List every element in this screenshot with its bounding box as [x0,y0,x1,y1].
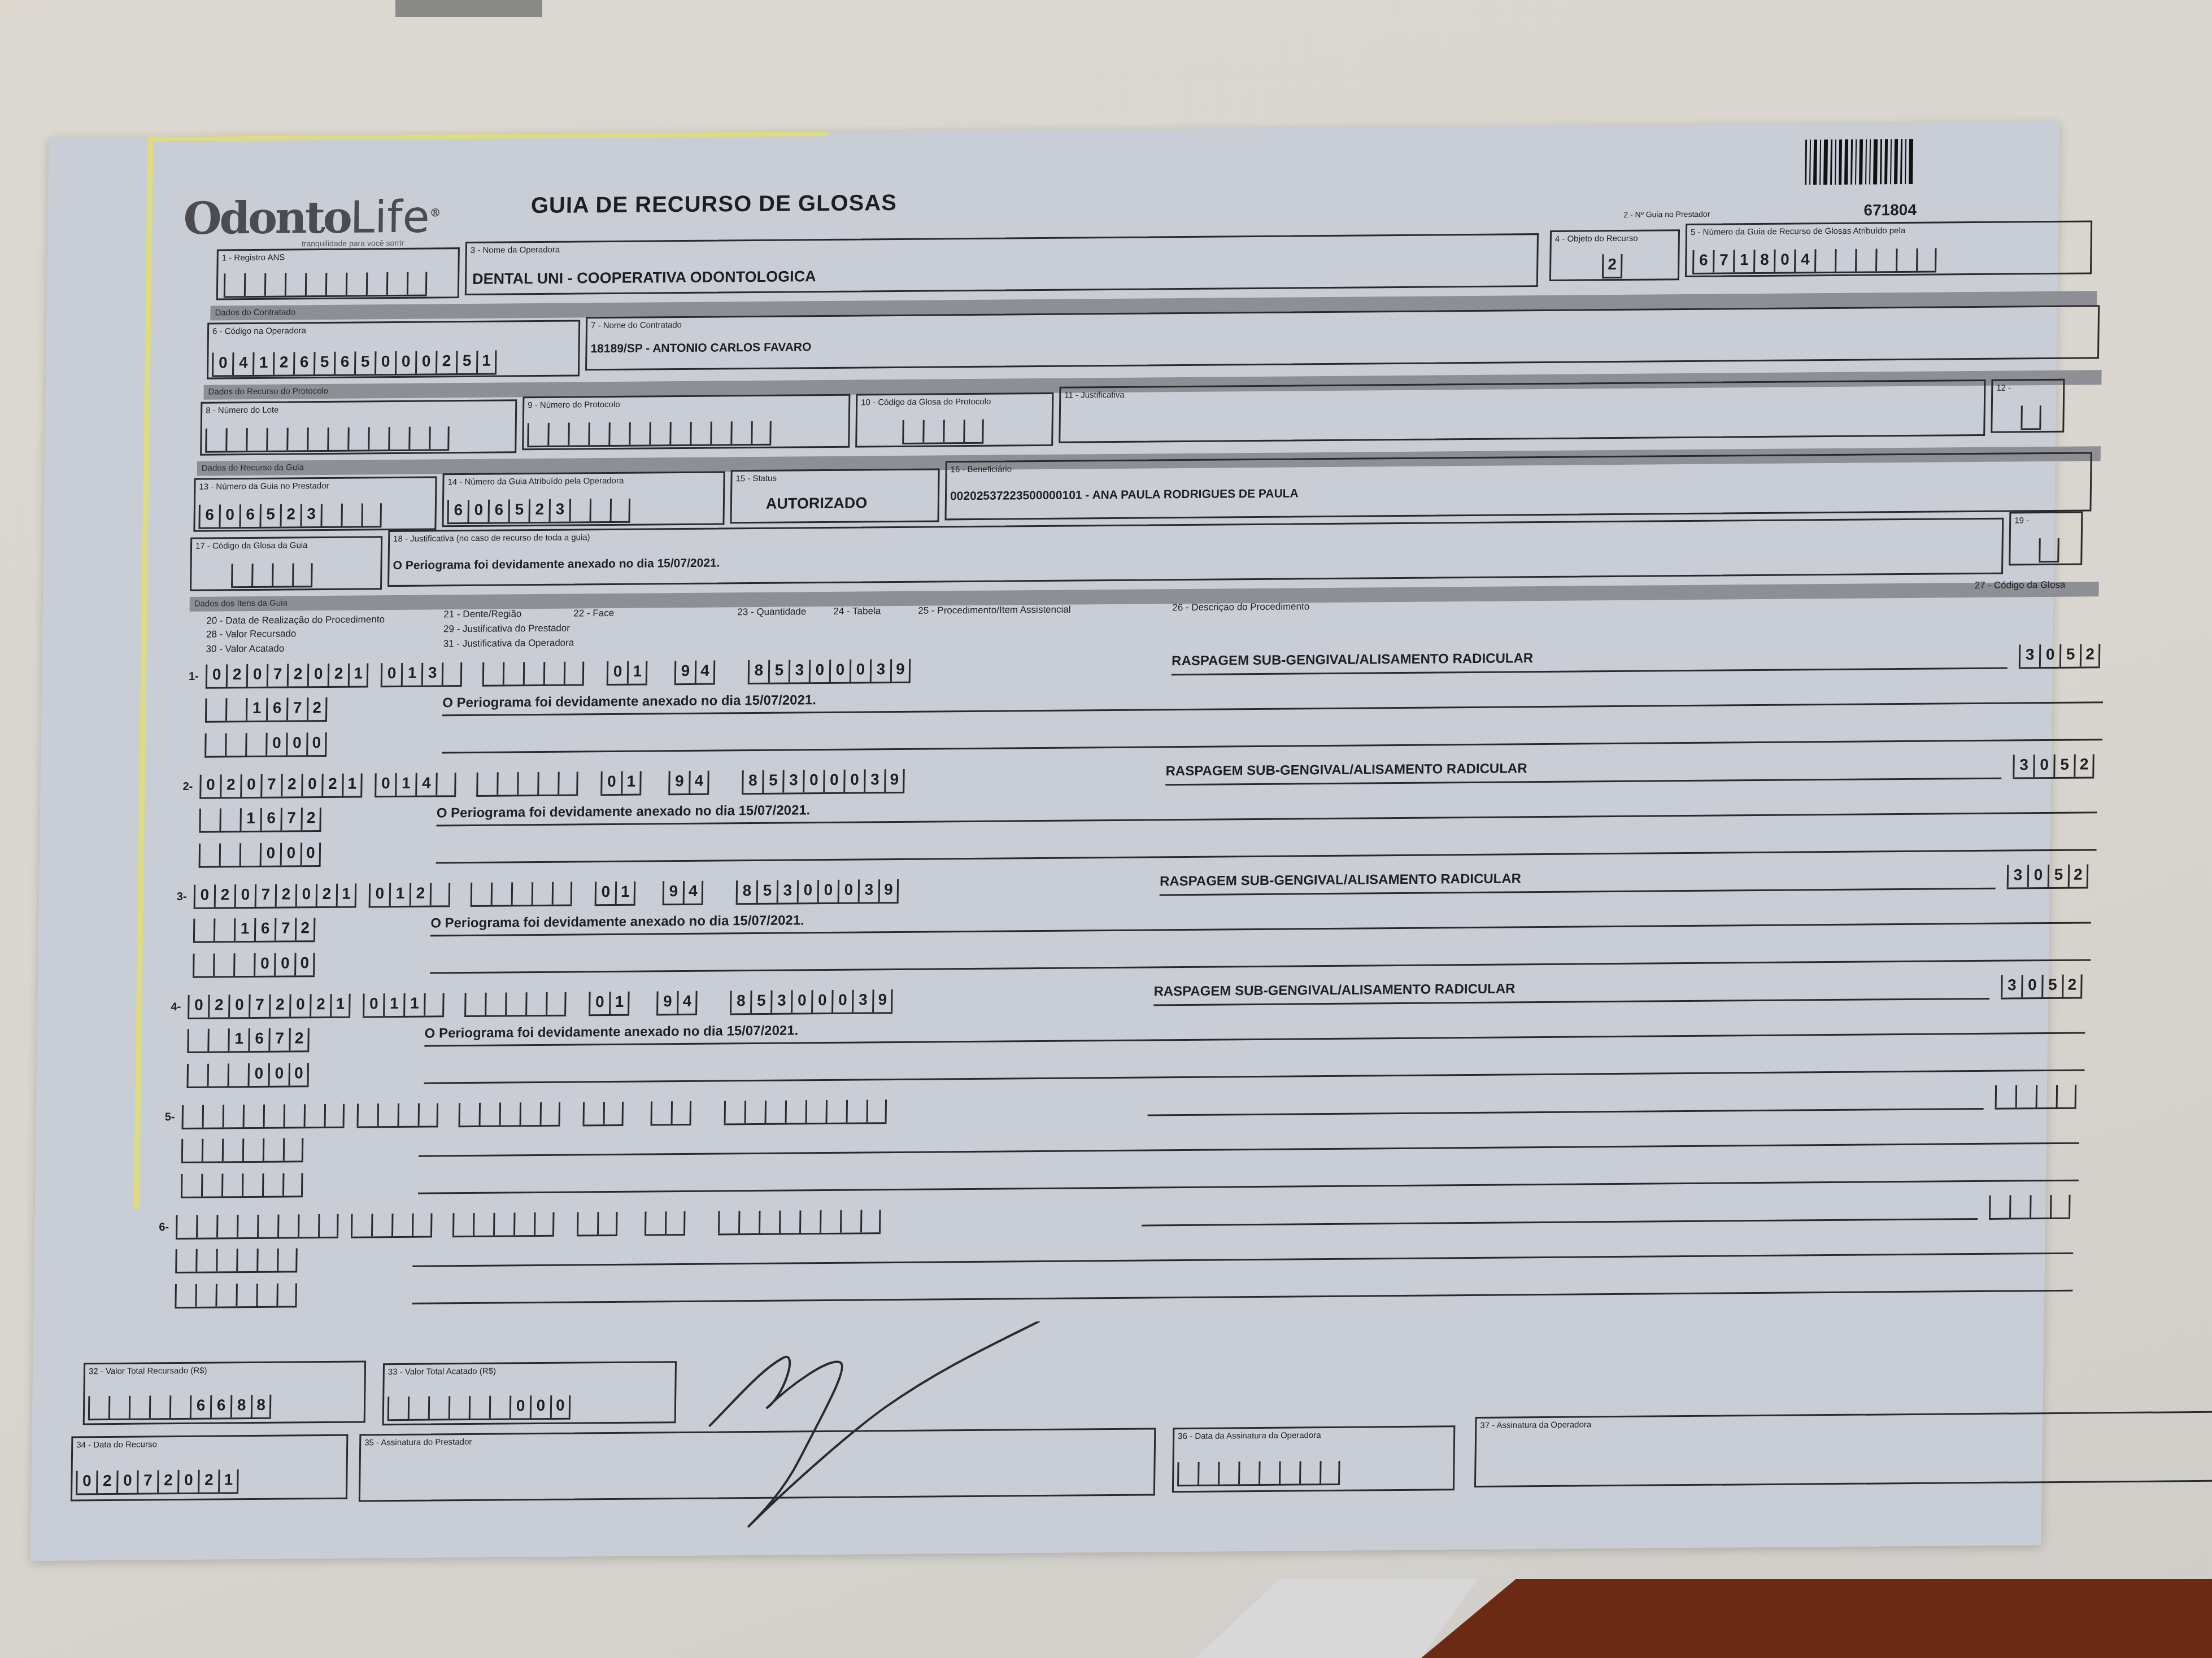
glosa-code-cells[interactable]: 3052 [2013,754,2095,779]
digit-cell [1835,249,1856,272]
digit-cell [649,422,670,444]
digit-cell [785,1100,806,1123]
digit-cell: 9 [890,659,911,682]
digit-cell: 5 [768,660,789,683]
digit-cell: 3 [852,989,873,1012]
digit-cell: 2 [214,884,235,907]
digit-cell: 6 [334,352,355,374]
digit-cell [231,564,252,586]
digit-cell: 6 [293,352,314,374]
digit-cell: 0 [811,990,832,1013]
digit-cell: 2 [301,808,321,830]
digit-cell [1814,249,1835,272]
digit-cell: 3 [549,499,570,522]
digit-cell [866,1099,887,1122]
background-object [395,0,542,17]
digit-cell: 0 [369,883,390,906]
field-value: 18189/SP - ANTONIO CARLOS FAVARO [590,341,811,356]
item-number: 5- [165,1111,175,1124]
digit-cell [471,883,491,905]
digit-cell [263,1138,284,1161]
digit-cell: 0 [228,994,249,1017]
valor-recursado-cells[interactable]: 1672 [199,808,321,833]
procedure-description: RASPAGEM SUB-GENGIVAL/ALISAMENTO RADICUL… [1153,981,1515,1000]
digit-cell: 0 [219,504,240,527]
guia-prestador-value: 671804 [1863,201,1917,220]
digit-cell [1177,1462,1198,1485]
field-data-recurso[interactable]: 34 - Data do Recurso 02072021 [71,1434,348,1502]
digit-cell: 7 [1713,250,1734,272]
signature-mark [697,1321,1095,1550]
digit-cell: 1 [246,698,267,721]
digit-cell: 2 [2074,754,2095,776]
digit-cell [245,733,266,756]
valor-acatado-cells[interactable]: 000 [204,732,327,758]
digit-cell [368,427,389,450]
digit-cell [256,1284,277,1306]
digit-cell [820,1210,841,1233]
digit-cell [346,272,367,295]
digit-cell [2030,1195,2050,1218]
digit-cell [175,1284,195,1307]
valor-recursado-cells[interactable]: 1672 [205,697,328,723]
digit-cell [387,1397,408,1419]
digit-cell [347,427,368,450]
procedure-cells[interactable]: 85300039 [742,769,905,795]
field-label: 15 - Status [735,474,777,484]
digit-cell [242,1138,263,1161]
digit-cell [430,883,451,905]
column-header: 28 - Valor Recursado [206,628,297,640]
digit-cell [846,1099,867,1122]
date-cells[interactable]: 02072021 [188,994,351,1019]
digit-cell [408,427,429,450]
item-number: 2- [182,780,193,793]
digit-cell: 2 [307,697,328,720]
digit-cell [540,1102,561,1125]
digit-cell: 4 [689,771,709,793]
digit-cell [2039,538,2059,561]
digit-cell [366,272,387,295]
digit-cell [193,954,214,976]
valor-recursado-cells[interactable]: 1672 [187,1028,310,1053]
field-label: 7 - Nome do Contratado [591,320,682,330]
digit-cell: 2 [280,504,301,526]
digit-cell [213,953,234,976]
digit-cell: 2 [436,351,456,373]
digit-cell [204,733,225,756]
digit-cell: 0 [289,994,310,1016]
field-beneficiario[interactable]: 16 - Beneficiário 00202537223500000101 -… [944,452,2092,520]
tooth-cells[interactable]: 014 [375,773,456,797]
item-row: 4- 02072021 011 01 94 85300039 RASPAGEM … [169,980,2092,1108]
digit-cell: 2 [295,918,316,940]
field-data-assinatura-operadora[interactable]: 36 - Data da Assinatura da Operadora [1172,1425,1455,1493]
digit-cell: 0 [510,1395,530,1418]
face-cells[interactable] [476,771,578,796]
face-cells[interactable] [471,882,573,907]
table-cells[interactable]: 94 [674,661,716,686]
digit-cell [371,1214,392,1236]
procedure-cells[interactable]: 85300039 [748,659,911,684]
face-cells[interactable] [464,992,567,1017]
digit-cell [840,1210,861,1233]
digit-cell [407,272,428,295]
digit-cell: 0 [301,774,322,796]
digit-cell: 0 [817,880,838,902]
table-cells[interactable] [645,1211,686,1236]
digit-cell: 0 [595,882,616,904]
digit-cell: 0 [2033,754,2054,777]
field-label: 5 - Número da Guia de Recurso de Glosas … [1691,226,1905,237]
digit-cells: 6688 [88,1395,272,1421]
date-cells[interactable] [182,1104,345,1129]
glosa-code-cells[interactable] [1989,1195,2071,1220]
glosa-code-cells[interactable]: 3052 [2019,644,2101,669]
digit-cell [1320,1461,1340,1484]
digit-cell [525,992,546,1015]
digit-cell: 0 [375,773,395,796]
item-row: 2- 02072021 014 01 94 85300039 RASPAGEM … [181,760,2104,888]
justificativa-prestador: O Periograma foi devidamente anexado no … [425,1023,799,1041]
digit-cell: 0 [116,1471,137,1493]
valor-acatado-cells[interactable] [181,1173,303,1198]
digit-cell [1279,1461,1300,1484]
digit-cell [256,1249,277,1271]
field-numero-lote[interactable]: 8 - Número do Lote [200,399,517,455]
digit-cell [513,1212,534,1235]
digit-cell: 0 [550,1395,571,1418]
digit-cell: 0 [254,953,275,976]
digit-cell: 8 [736,880,757,903]
field-label: 6 - Código na Operadora [212,326,306,336]
digit-cell: 3 [789,660,809,682]
digit-cell: 3 [300,504,321,526]
digit-cell: 1 [336,884,357,906]
field-label: 18 - Justificativa (no caso de recurso d… [393,533,590,544]
date-cells[interactable]: 02072021 [199,773,363,799]
digit-cell: 2 [96,1471,117,1493]
digit-cell: 1 [240,808,260,831]
digit-cell [537,772,558,795]
field-label: 8 - Número do Lote [206,405,278,416]
digit-cell [724,1101,745,1123]
field-label: 10 - Código da Glosa do Protocolo [861,397,991,408]
valor-acatado-cells[interactable] [175,1283,297,1308]
digit-cell: 0 [188,995,208,1018]
digit-cell: 1 [252,352,273,375]
table-cells[interactable]: 94 [656,991,698,1016]
procedure-description: RASPAGEM SUB-GENGIVAL/ALISAMENTO RADICUL… [1160,871,1521,889]
field-nome-contratado[interactable]: 7 - Nome do Contratado 18189/SP - ANTONI… [585,305,2100,370]
table-cells[interactable]: 94 [668,771,709,796]
justificativa-prestador: O Periograma foi devidamente anexado no … [430,913,804,931]
tooth-cells[interactable] [351,1214,433,1238]
quantity-cells[interactable]: 01 [607,661,648,686]
field-label: 12 - [1996,383,2011,393]
digit-cell: 2 [269,994,290,1017]
column-header: 24 - Tabela [833,605,881,617]
digit-cell: 5 [354,351,375,374]
digit-cell [196,1215,217,1238]
digit-cell [88,1396,109,1419]
digit-cell [240,843,260,866]
field-numero-protocolo[interactable]: 9 - Número do Protocolo [522,394,850,451]
digit-cell [283,1138,304,1160]
tooth-cells[interactable]: 011 [363,993,445,1018]
column-header: 23 - Quantidade [737,606,806,618]
digit-cells: 02072021 [76,1469,239,1495]
digit-cell: 0 [76,1471,97,1493]
glosa-code-cells[interactable]: 3052 [2001,975,2083,1000]
field-label: 14 - Número da Guia Atribuído pela Opera… [447,476,624,487]
digit-cell [759,1211,780,1233]
digit-cell: 3 [2019,644,2040,667]
face-cells[interactable] [482,661,585,686]
digit-cell: 1 [234,918,255,941]
digit-cell [304,1104,325,1127]
digit-cell: 1 [218,1469,239,1492]
digit-cell [2021,405,2041,428]
quantity-cells[interactable]: 01 [595,882,636,906]
field-label: 34 - Data do Recurso [76,1439,157,1450]
guia-prestador-label: 2 - Nº Guia no Prestador [1623,210,1710,219]
digit-cell: 2 [281,774,302,796]
field-numero-guia-recurso[interactable]: 5 - Número da Guia de Recurso de Glosas … [1685,220,2092,277]
digit-cell: 2 [273,352,294,374]
digit-cell: 7 [275,918,295,940]
field-justificativa-protocolo[interactable]: 11 - Justificativa [1059,379,1985,443]
field-label: 1 - Registro ANS [222,253,285,263]
digit-cell: 0 [206,664,227,687]
field-valor-total-recursado[interactable]: 32 - Valor Total Recursado (R$) 6688 [83,1360,366,1425]
digit-cell [765,1101,786,1123]
digit-cell: 0 [234,884,255,907]
field-label: 17 - Código da Glosa da Guia [195,540,308,551]
item-row: 3- 02072021 012 01 94 85300039 RASPAGEM … [176,870,2098,998]
digit-cell [408,1397,429,1419]
digit-cell: 7 [280,808,301,830]
field-assinatura-operadora[interactable]: 37 - Assinatura da Operadora [1474,1411,2212,1487]
procedure-cells[interactable]: 85300039 [736,879,899,905]
procedure-cells[interactable] [724,1099,887,1125]
digit-cell: 2 [2080,644,2101,666]
digit-cell [398,1103,419,1126]
digit-cell [744,1101,765,1123]
field-nome-operadora[interactable]: 3 - Nome da Operadora DENTAL UNI - COOPE… [465,233,1539,295]
digit-cell [285,273,306,295]
digit-cell: 8 [1753,250,1774,272]
field-numero-guia-prestador[interactable]: 13 - Número da Guia no Prestador 606523 [193,476,437,531]
procedure-description: RASPAGEM SUB-GENGIVAL/ALISAMENTO RADICUL… [1172,651,1533,669]
digit-cell: 0 [286,732,307,755]
glosa-code-cells[interactable]: 3052 [2007,864,2089,889]
digit-cell [497,772,517,795]
field-status[interactable]: 15 - Status AUTORIZADO [730,468,939,523]
digit-cell: 1 [476,351,497,373]
quantity-cells[interactable] [577,1212,618,1237]
procedure-cells[interactable]: 85300039 [730,989,893,1015]
digit-cell [532,882,552,905]
field-codigo-glosa-guia[interactable]: 17 - Código da Glosa da Guia [190,536,382,591]
digit-cell: 0 [823,770,844,792]
digit-cell: 4 [695,661,716,683]
paper-edge-highlight-top [150,132,828,141]
digit-cell [207,1028,228,1051]
justificativa-prestador: O Periograma foi devidamente anexado no … [437,802,811,821]
digit-cell [436,773,456,795]
column-header: 26 - Descriçao do Procedimento [1172,601,1309,613]
field-registro-ans[interactable]: 1 - Registro ANS [216,247,460,300]
valor-acatado-cells[interactable]: 000 [199,843,321,868]
tooth-cells[interactable] [357,1103,439,1128]
digit-cell: 0 [265,733,286,756]
digit-cell: 0 [381,663,402,686]
digit-cell: 2 [220,774,241,797]
field-codigo-glosa-protocolo[interactable]: 10 - Código da Glosa do Protocolo [855,392,1053,448]
digit-cell [202,1105,223,1127]
field-objeto-recurso[interactable]: 4 - Objeto do Recurso 2 [1549,229,1680,281]
item-row: 1- 02072021 013 01 94 85300039 RASPAGEM … [188,649,2110,778]
field-valor-total-acatado[interactable]: 33 - Valor Total Acatado (R$) 000 [382,1361,677,1425]
valor-acatado-cells[interactable]: 000 [186,1063,309,1088]
date-cells[interactable]: 02072021 [206,663,369,688]
digit-cell: 9 [656,991,677,1014]
quantity-cells[interactable]: 01 [600,771,642,796]
digit-cell: 1 [1733,250,1754,272]
digit-cell [511,882,532,905]
tooth-cells[interactable]: 012 [369,883,451,907]
digit-cell: 2 [2062,975,2083,997]
date-cells[interactable] [176,1214,339,1240]
field-campo-12[interactable]: 12 - [1991,379,2065,433]
digit-cell [272,563,293,586]
table-cells[interactable]: 94 [663,881,704,906]
digit-cell [418,1103,439,1125]
digit-cell: 9 [878,879,899,902]
digit-cell: 1 [330,994,351,1016]
digit-cell: 0 [530,1395,551,1418]
quantity-cells[interactable]: 01 [589,992,630,1016]
field-label: 33 - Valor Total Acatado (R$) [388,1367,496,1377]
digit-cell [491,882,512,905]
table-cells[interactable] [651,1101,692,1126]
digit-cell [922,420,943,442]
digit-cell [327,427,348,450]
procedure-cells[interactable] [718,1210,881,1235]
digit-cell [902,420,923,443]
quantity-cells[interactable] [583,1102,624,1127]
digit-cells: 2 [1602,254,1623,278]
field-label: 4 - Objeto do Recurso [1555,234,1638,244]
valor-recursado-cells[interactable] [181,1138,304,1163]
tooth-cells[interactable]: 013 [381,662,463,687]
digit-cell [534,1212,555,1235]
column-header: 22 - Face [573,608,614,619]
digit-cell [341,503,362,526]
item-number: 6- [159,1221,169,1234]
date-cells[interactable]: 02072021 [194,884,357,909]
digit-cell [205,428,226,451]
digit-cells: 000 [387,1395,571,1421]
field-codigo-operadora[interactable]: 6 - Código na Operadora 04126565000251 [207,320,580,379]
digit-cell: 2 [198,1470,219,1493]
field-numero-guia-operadora[interactable]: 14 - Número da Guia Atribuído pela Opera… [442,471,725,527]
column-header: 31 - Justificativa da Operadora [443,638,574,650]
digit-cell: 5 [756,880,777,903]
field-justificativa-guia[interactable]: 18 - Justificativa (no caso de recurso d… [387,518,2004,587]
digit-cell [1896,248,1917,271]
field-value: O Periograma foi devidamente anexado no … [393,557,720,573]
digit-cell: 0 [363,993,384,1016]
digit-cell [710,421,731,444]
digit-cell [779,1210,800,1233]
digit-cell [476,773,497,795]
digit-cell [546,992,567,1015]
digit-cell: 3 [421,662,442,685]
digit-cell: 1 [389,883,410,906]
digit-cell [517,772,538,795]
digit-cell [583,1102,604,1124]
valor-recursado-cells[interactable] [175,1248,298,1273]
valor-acatado-cells[interactable]: 000 [193,953,315,978]
digit-cell [503,662,524,684]
digit-cell [233,953,254,976]
field-label: 9 - Número do Protocolo [528,400,620,410]
field-campo-19[interactable]: 19 - [2009,512,2083,566]
face-cells[interactable] [452,1212,555,1237]
digit-cell [577,1212,598,1234]
digit-cell [176,1215,197,1238]
digit-cell [225,733,246,756]
digit-cells: 606523 [198,503,382,529]
digit-cell [1238,1461,1259,1484]
digit-cell: 0 [306,732,327,755]
digit-cell: 7 [268,1028,289,1051]
digit-cell [2009,1195,2030,1218]
digit-cell: 1 [342,773,363,796]
glosa-code-cells[interactable] [1995,1085,2077,1110]
digit-cell [1875,248,1896,271]
digit-cell [277,1214,298,1237]
digit-cell [590,499,611,521]
digit-cell [669,422,690,444]
digit-cell: 0 [797,880,818,902]
digit-cell [424,993,445,1015]
digit-cell: 2 [275,884,296,906]
digit-cell: 7 [255,884,276,907]
digit-cell [568,422,589,445]
digit-cell [428,1396,449,1419]
digit-cell: 6 [488,499,509,522]
digit-cell: 7 [137,1470,158,1493]
face-cells[interactable] [459,1102,561,1127]
digit-cell: 5 [508,499,529,522]
digit-cell: 2 [321,774,342,796]
digit-cell: 0 [600,771,621,794]
digit-cell [645,1211,665,1234]
digit-cell [1259,1461,1279,1484]
digit-cell [219,808,240,831]
digit-cell: 3 [2007,865,2028,887]
digit-cell [610,499,631,521]
valor-recursado-cells[interactable]: 1672 [193,918,316,943]
digit-cell [219,843,240,866]
digit-cell [464,993,485,1015]
digit-cell: 4 [1794,249,1815,272]
digit-cell [388,427,409,450]
digit-cell: 0 [468,500,489,522]
